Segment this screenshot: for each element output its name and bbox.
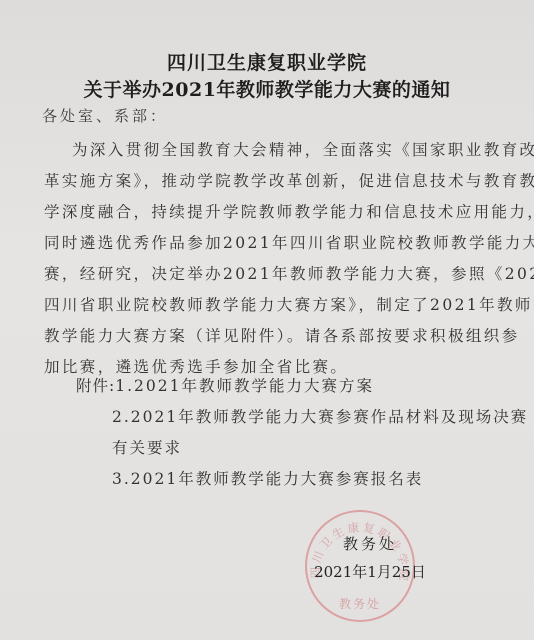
signature-block: 教务处 2021年1月25日 <box>310 530 430 586</box>
attachments-list: 附件:1.2021年教师教学能力大赛方案 2.2021年教师教学能力大赛参赛作品… <box>76 371 496 495</box>
body-line: 革实施方案》，推动学院教学改革创新，促进信息技术与教育教 <box>44 166 484 197</box>
attachment-item: 附件:1.2021年教师教学能力大赛方案 <box>76 371 496 402</box>
body-line: 为深入贯彻全国教育大会精神，全面落实《国家职业教育改 <box>44 135 484 166</box>
notice-body: 为深入贯彻全国教育大会精神，全面落实《国家职业教育改 革实施方案》，推动学院教学… <box>44 135 484 383</box>
body-line: 教学能力大赛方案（详见附件）。请各系部按要求积极组织参 <box>44 321 484 352</box>
body-line: 赛，经研究，决定举办2021年教师教学能力大赛，参照《2020年 <box>44 259 484 290</box>
body-line: 学深度融合，持续提升学院教师教学能力和信息技术应用能力， <box>44 197 484 228</box>
attachment-item: 3.2021年教师教学能力大赛参赛报名表 <box>76 464 496 495</box>
document-page: 四川卫生康复职业学院 关于举办2021年教师教学能力大赛的通知 各处室、系部： … <box>0 0 534 640</box>
seal-bottom-text: 教务处 <box>307 595 413 612</box>
notice-title: 关于举办2021年教师教学能力大赛的通知 <box>0 75 534 102</box>
attachments-label: 附件: <box>76 377 115 395</box>
attachment-item-continuation: 有关要求 <box>76 433 496 464</box>
issue-date: 2021年1月25日 <box>310 558 430 586</box>
issuing-office: 教务处 <box>310 530 430 558</box>
institution-title: 四川卫生康复职业学院 <box>0 48 534 75</box>
body-line: 四川省职业院校教师教学能力大赛方案》，制定了2021年教师 <box>44 290 484 321</box>
body-line: 同时遴选优秀作品参加2021年四川省职业院校教师教学能力大 <box>44 228 484 259</box>
attachment-item: 2.2021年教师教学能力大赛参赛作品材料及现场决赛 <box>76 402 496 433</box>
salutation: 各处室、系部： <box>42 105 168 126</box>
attachment-item-text: 1.2021年教师教学能力大赛方案 <box>115 377 374 395</box>
